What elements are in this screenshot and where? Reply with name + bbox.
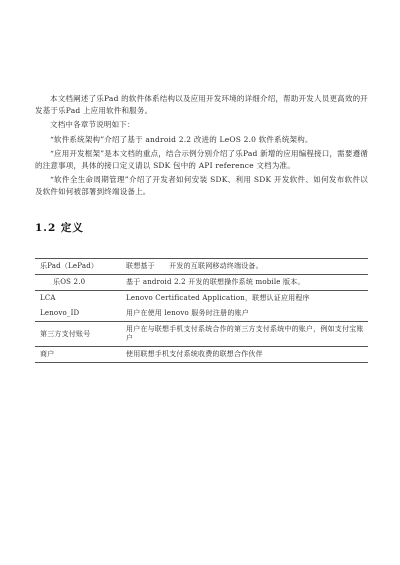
definitions-table: 乐Pad（LePad） 联想基于 开发的互联网移动终端设备。 乐OS 2.0 基… <box>35 258 368 363</box>
table-row-lenovo-id: Lenovo_ID 用户在使用 lenovo 服务时注册的账户 <box>35 306 368 322</box>
paragraph-intro: 本文档阐述了乐Pad 的软件体系结构以及应用开发环境的详细介绍，帮助开发人员更高… <box>35 93 368 116</box>
paragraph-chapter-architecture: “软件系统架构”介绍了基于 android 2.2 改进的 LeOS 2.0 软… <box>35 134 368 146</box>
definition-cell: Lenovo Certificated Application，联想认证应用程序 <box>121 291 368 307</box>
term-cell: 乐OS 2.0 <box>35 275 121 291</box>
paragraph-chapters-intro: 文档中各章节说明如下： <box>35 119 368 131</box>
document-page: 本文档阐述了乐Pad 的软件体系结构以及应用开发环境的详细介绍，帮助开发人员更高… <box>0 0 400 565</box>
paragraph-chapter-lifecycle: “软件全生命周期管理”介绍了开发者如何安装 SDK、利用 SDK 开发软件、如何… <box>35 174 368 197</box>
term-cell: 第三方支付账号 <box>35 322 121 347</box>
definition-cell: 使用联想手机支付系统收费的联想合作伙伴 <box>121 347 368 363</box>
table-row-merchant: 商户 使用联想手机支付系统收费的联想合作伙伴 <box>35 347 368 363</box>
table-row-lca: LCA Lenovo Certificated Application，联想认证… <box>35 291 368 307</box>
term-cell: Lenovo_ID <box>35 306 121 322</box>
section-heading-definitions: 1.2 定义 <box>35 220 368 235</box>
term-cell: 商户 <box>35 347 121 363</box>
definition-cell: 用户在与联想手机支付系统合作的第三方支付系统中的账户，例如支付宝账户 <box>121 322 368 347</box>
table-row-lepad: 乐Pad（LePad） 联想基于 开发的互联网移动终端设备。 <box>35 259 368 275</box>
definition-cell: 联想基于 开发的互联网移动终端设备。 <box>121 259 368 275</box>
definition-cell: 基于 android 2.2 开发的联想操作系统 mobile 版本。 <box>121 275 368 291</box>
table-row-third-party-payment: 第三方支付账号 用户在与联想手机支付系统合作的第三方支付系统中的账户，例如支付宝… <box>35 322 368 347</box>
term-cell: LCA <box>35 291 121 307</box>
definition-cell: 用户在使用 lenovo 服务时注册的账户 <box>121 306 368 322</box>
table-row-leos: 乐OS 2.0 基于 android 2.2 开发的联想操作系统 mobile … <box>35 275 368 291</box>
paragraph-chapter-framework: “应用开发框架”是本文档的重点，结合示例分别介绍了乐Pad 新增的应用编程接口，… <box>35 148 368 171</box>
term-cell: 乐Pad（LePad） <box>35 259 121 275</box>
